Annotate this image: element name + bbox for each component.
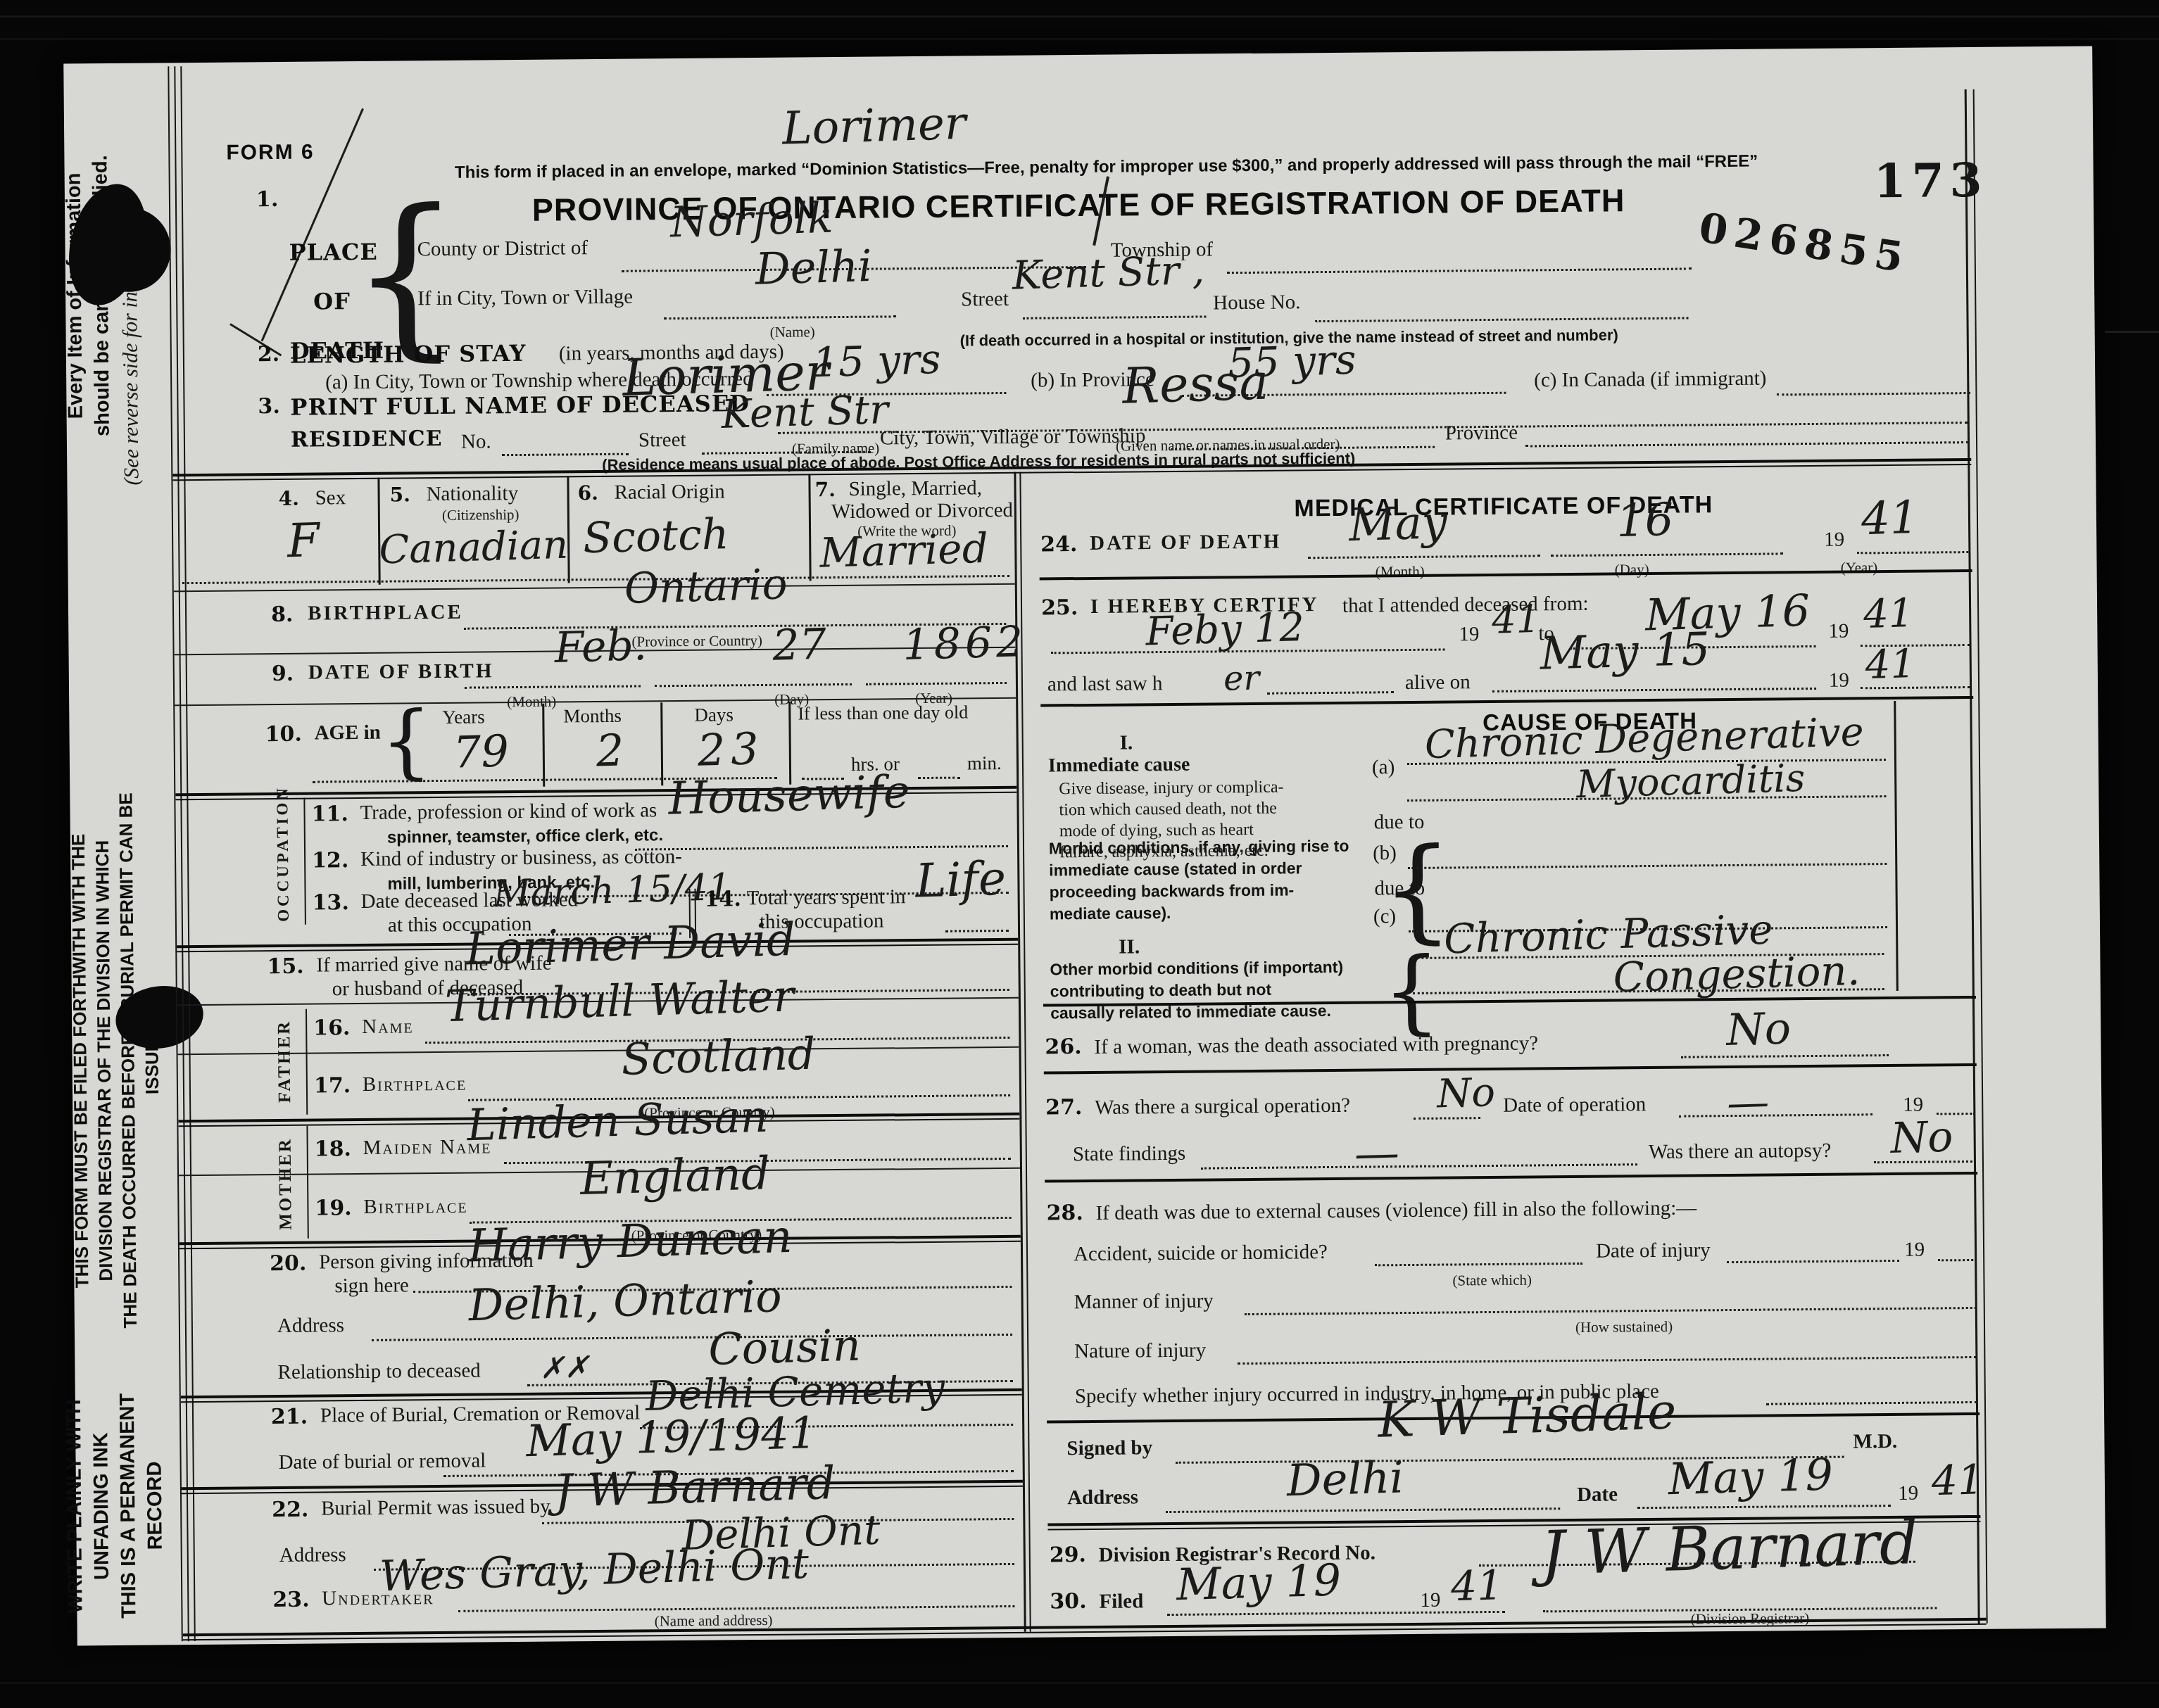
hw-from-year: 41 <box>1491 597 1541 643</box>
occupation-group-label: OCCUPATION <box>273 769 293 938</box>
row-rule <box>174 583 1015 592</box>
section-rule <box>1040 569 1972 581</box>
item28-label: If death was due to external causes (vio… <box>1095 1196 1697 1225</box>
hw-city: Delhi <box>755 240 873 295</box>
item28-number: 28. <box>1046 1201 1083 1225</box>
hw-death-day: 16 <box>1616 494 1675 548</box>
year-prefix: 19 <box>1828 620 1849 643</box>
item9-number: 9. <box>272 662 294 686</box>
fill-line <box>1308 555 1540 559</box>
father-group-label: FATHER <box>275 1001 295 1121</box>
year-prefix: 19 <box>1829 669 1849 692</box>
fill-line <box>1245 1307 1977 1315</box>
hw-given-name: Ressa <box>1121 353 1269 415</box>
form-border-right <box>1965 89 1980 1624</box>
fill-line <box>182 575 1009 584</box>
fill-line <box>1679 1113 1872 1117</box>
item17-label: Birthplace <box>363 1073 467 1096</box>
hw-last-alive: May 15 <box>1540 624 1711 681</box>
hw-birth-day: 27 <box>772 619 826 670</box>
item29-number: 29. <box>1050 1543 1087 1567</box>
item10-number: 10. <box>265 722 302 747</box>
signed-by-label: Signed by <box>1066 1436 1152 1460</box>
item7-label2: Widowed or Divorced <box>831 499 1013 524</box>
brace: { <box>1382 937 1441 1045</box>
years-label: Years <box>442 706 485 728</box>
year-prefix: 19 <box>1824 529 1844 552</box>
manner-label: Manner of injury <box>1074 1289 1214 1314</box>
item17-number: 17. <box>314 1073 351 1098</box>
hw-father-birthplace: Scotland <box>621 1027 817 1084</box>
fill-line <box>1874 1160 1976 1163</box>
hw-attended-from: Feby 12 <box>1145 605 1304 655</box>
hw-birthplace: Ontario <box>624 559 788 614</box>
hw-findings-dash: — <box>1354 1127 1400 1180</box>
hw-undertaker: Wes Gray, Delhi Ont <box>379 1539 810 1601</box>
hw-spouse-name: Lorimer David <box>465 914 796 976</box>
cause-box-border <box>1894 701 1899 991</box>
hw-informant-signature: Harry Duncan <box>467 1211 793 1273</box>
hw-to-year: 41 <box>1863 590 1914 638</box>
item21-number: 21. <box>271 1405 308 1429</box>
death-certificate-page: Every Item of Information should be care… <box>63 46 2106 1645</box>
item6-number: 6. <box>577 481 598 505</box>
item14-number: 14. <box>704 887 741 911</box>
item20-number: 20. <box>270 1251 307 1276</box>
residence-street-label: Street <box>638 429 686 453</box>
item5-sub: (Citizenship) <box>442 506 520 524</box>
row-rule <box>178 1046 1019 1055</box>
less-than-day-label: If less than one day old <box>798 702 968 724</box>
item30-number: 30. <box>1050 1589 1087 1614</box>
hw-signed-date: May 19 <box>1668 1448 1834 1505</box>
hw-pregnancy: No <box>1725 1002 1792 1056</box>
cause-b-label: (b) <box>1373 842 1397 865</box>
hw-age-years: 79 <box>453 725 510 778</box>
section-rule <box>1045 1172 1977 1183</box>
due-to-label: due to <box>1374 877 1425 901</box>
item18-number: 18. <box>315 1137 352 1161</box>
md-label: M.D. <box>1853 1430 1897 1454</box>
cause-a-label: (a) <box>1372 756 1395 779</box>
item4-number: 4. <box>279 487 300 510</box>
item12-label: Kind of industry or business, as cotton- <box>360 845 682 871</box>
item30-label: Filed <box>1099 1590 1143 1614</box>
fill-line <box>945 930 1009 932</box>
hw-mother-birthplace: England <box>579 1148 771 1206</box>
fill-line <box>664 315 896 320</box>
undertaker-sub: (Name and address) <box>654 1612 772 1630</box>
alive-on-label: alive on <box>1405 671 1471 695</box>
fill-line <box>1551 552 1783 557</box>
form-border-left <box>180 66 196 1641</box>
death-day-sub: (Day) <box>1614 561 1649 578</box>
min-label: min. <box>967 752 1002 774</box>
item26-label: If a woman, was the death associated wit… <box>1094 1032 1538 1059</box>
fill-line <box>465 685 641 688</box>
last-saw-label: and last saw h <box>1047 672 1163 696</box>
nature-label: Nature of injury <box>1074 1339 1206 1364</box>
signed-date-label: Date <box>1577 1483 1618 1507</box>
hw-signed-year: 41 <box>1931 1455 1984 1505</box>
item15-number: 15. <box>267 954 304 979</box>
hw-marital-status: Married <box>819 524 988 577</box>
margin-note-must-file: THIS FORM MUST BE FILED FORTHWITH WITH T… <box>65 768 166 1353</box>
days-label: Days <box>694 704 734 726</box>
hw-residence-street: Kent Str <box>721 387 889 438</box>
hw-operation: No <box>1436 1070 1496 1117</box>
cell-divider <box>808 474 811 581</box>
fill-line <box>1938 1259 1977 1261</box>
hw-filed-date: May 19 <box>1176 1554 1342 1610</box>
permit-address-label: Address <box>279 1543 346 1567</box>
fill-line <box>1777 392 1970 396</box>
item11-number: 11. <box>311 802 348 826</box>
hw-death-month: May <box>1348 497 1448 552</box>
hw-other-morbid-2: Congestion. <box>1613 947 1861 1001</box>
year-prefix: 19 <box>1898 1482 1918 1505</box>
cell-divider <box>542 704 545 787</box>
year-prefix: 19 <box>1904 1239 1925 1262</box>
hw-age-months: 2 <box>596 724 625 776</box>
fill-line <box>655 683 852 687</box>
item13-number: 13. <box>313 890 350 915</box>
hw-occupation: Housewife <box>667 766 910 825</box>
relationship-label: Relationship to deceased <box>277 1360 481 1385</box>
fill-line <box>1081 422 1968 431</box>
death-year-sub: (Year) <box>1840 559 1877 576</box>
county-label: County or District of <box>417 236 588 261</box>
roman-one: I. <box>1120 731 1133 754</box>
fill-line <box>1167 1611 1505 1616</box>
fill-line <box>372 1334 1012 1341</box>
fill-line <box>1525 441 1969 447</box>
item26-number: 26. <box>1045 1035 1082 1059</box>
group-bracket <box>303 798 306 925</box>
city-label: If in City, Town or Village <box>417 286 633 311</box>
hw-filed-year: 41 <box>1450 1561 1504 1610</box>
fill-line <box>1227 267 1692 274</box>
burial-date-label: Date of burial or removal <box>278 1449 486 1474</box>
fill-line <box>1492 688 1816 692</box>
hw-registrar-signature: J W Barnard <box>1540 1507 1919 1589</box>
item1-label: OF <box>313 288 351 315</box>
item27-label: Was there a surgical operation? <box>1095 1094 1350 1120</box>
state-findings-label: State findings <box>1073 1142 1186 1166</box>
item1-number: 1. <box>256 187 279 212</box>
item19-number: 19. <box>315 1196 352 1220</box>
other-morbid-note: Other morbid conditions (if important) c… <box>1050 956 1343 1025</box>
injury-date-label: Date of injury <box>1596 1239 1711 1263</box>
hw-informant-address: Delhi, Ontario <box>468 1270 783 1331</box>
item8-sub: (Province or Country) <box>631 632 762 651</box>
item22-label: Burial Permit was issued by <box>321 1495 550 1521</box>
fill-line <box>1267 691 1394 695</box>
residence-no-label: No. <box>461 430 491 453</box>
item11-label2: spinner, teamster, office clerk, etc. <box>387 825 663 847</box>
accident-sub: (State which) <box>1452 1271 1532 1289</box>
fill-line <box>1681 1054 1889 1058</box>
item6-label: Racial Origin <box>614 480 724 504</box>
item3-number: 3. <box>258 394 280 419</box>
hw-birth-year: 1862 <box>902 617 1028 670</box>
item16-number: 16. <box>313 1016 351 1040</box>
brace: { <box>380 694 432 789</box>
hw-mother-name: Linden Susan <box>466 1090 769 1151</box>
section-rule <box>1044 1063 1977 1075</box>
physician-address-label: Address <box>1067 1486 1138 1510</box>
hw-nationality: Canadian <box>378 522 569 574</box>
item19-label: Birthplace <box>363 1195 467 1219</box>
item7-number: 7. <box>814 478 836 501</box>
item4-label: Sex <box>315 486 346 510</box>
item7-label: Single, Married, <box>848 476 982 501</box>
hw-strike-marks: ✗✗ <box>539 1349 590 1385</box>
mother-group-label: MOTHER <box>275 1120 296 1247</box>
item9-label: DATE OF BIRTH <box>308 659 494 684</box>
item12-number: 12. <box>312 848 349 873</box>
hw-father-name: Turnbull Walter <box>444 970 795 1032</box>
hw-stay-city: 15 yrs <box>812 335 941 386</box>
fill-line <box>1766 1401 1977 1405</box>
street-label: Street <box>961 288 1009 312</box>
name-sub-label: (Name) <box>770 323 815 341</box>
hw-physician-address: Delhi <box>1286 1451 1404 1506</box>
margin-note-write-plainly: WRITE PLAINLY WITH UNFADING INK THIS IS … <box>60 1347 170 1664</box>
hw-death-year: 41 <box>1861 492 1920 545</box>
fill-line <box>458 1605 1014 1612</box>
item16-label: Name <box>362 1015 414 1039</box>
item10-label: AGE in <box>314 721 381 745</box>
item11-label: Trade, profession or kind of work as <box>360 799 657 825</box>
months-label: Months <box>563 705 622 728</box>
medical-certificate-title: MEDICAL CERTIFICATE OF DEATH <box>1039 489 1968 525</box>
year-prefix: 19 <box>1420 1589 1440 1612</box>
group-bracket <box>306 1126 308 1239</box>
year-prefix: 19 <box>1459 623 1479 646</box>
roman-two: II. <box>1119 935 1140 959</box>
scan-streak <box>2105 331 2159 333</box>
hw-age-days: 23 <box>697 723 765 776</box>
residence-city-label: City, Town, Village or Township <box>880 424 1146 450</box>
group-bracket <box>306 1009 308 1115</box>
item8-number: 8. <box>271 602 294 627</box>
hw-county: Norfolk <box>669 194 833 248</box>
item23-number: 23. <box>272 1588 310 1612</box>
item24-number: 24. <box>1040 532 1078 557</box>
hw-surname-annotation: Lorimer <box>781 98 967 156</box>
item5-number: 5. <box>389 483 410 506</box>
residence-province-label: Province <box>1445 422 1518 445</box>
operation-date-label: Date of operation <box>1503 1093 1646 1118</box>
hw-sex: F <box>287 513 320 568</box>
division-registrar-sub: (Division Registrar) <box>1691 1609 1810 1628</box>
hw-street: Kent Str , <box>1012 248 1205 299</box>
hw-years-occupation: Life <box>914 852 1007 909</box>
morbid-conditions-note: Morbid conditions, if any, giving rise t… <box>1049 835 1349 925</box>
fill-line <box>1315 317 1688 322</box>
form-border-right <box>1973 89 1988 1624</box>
hw-alive-year: 41 <box>1865 641 1916 688</box>
item25-label2: that I attended deceased from: <box>1342 593 1589 618</box>
hw-burial-date: May 19/1941 <box>525 1407 817 1467</box>
item8-label: BIRTHPLACE <box>308 601 463 626</box>
immediate-cause-label: Immediate cause <box>1048 754 1190 778</box>
fill-line <box>1238 1356 1977 1365</box>
fill-line <box>635 845 1008 851</box>
scan-streak <box>0 15 2159 18</box>
autopsy-label: Was there an autopsy? <box>1649 1139 1832 1164</box>
item24-label: DATE OF DEATH <box>1090 531 1281 555</box>
item2-number: 2. <box>258 342 280 367</box>
fill-line <box>1023 315 1206 319</box>
fill-line <box>1727 1260 1899 1263</box>
manner-sub: (How sustained) <box>1575 1318 1673 1336</box>
scan-streak <box>0 38 2159 40</box>
hw-autopsy: No <box>1890 1112 1954 1163</box>
film-frame-number: 173 <box>1873 153 1987 208</box>
fill-line <box>1637 1505 1891 1509</box>
item20-label2: sign here <box>334 1274 409 1298</box>
fill-line <box>1414 1117 1480 1120</box>
item25-number: 25. <box>1041 595 1078 620</box>
cell-divider <box>660 702 663 785</box>
hw-her: er <box>1223 658 1260 698</box>
residence-label: RESIDENCE <box>291 426 443 453</box>
item14-label: Total years spent in <box>746 885 905 910</box>
hw-dash: — <box>1726 1077 1767 1128</box>
death-month-sub: (Month) <box>1376 563 1425 581</box>
hw-birth-month: Feb. <box>553 621 647 673</box>
hw-racial-origin: Scotch <box>582 510 729 563</box>
stay-c-label: (c) In Canada (if immigrant) <box>1534 367 1766 393</box>
item2-label: LENGTH OF STAY <box>290 340 527 369</box>
fill-line <box>918 777 960 780</box>
fill-line <box>866 682 1007 685</box>
item5-label: Nationality <box>426 482 518 506</box>
fill-line <box>1408 863 1887 869</box>
hw-physician-signature: K W Tisdale <box>1377 1382 1677 1449</box>
item22-number: 22. <box>272 1498 309 1522</box>
scan-streak <box>0 1682 2159 1684</box>
section-rule <box>1040 696 1973 707</box>
fill-line <box>1166 1507 1560 1513</box>
form-number: FORM 6 <box>226 141 315 165</box>
item27-number: 27. <box>1045 1095 1083 1120</box>
informant-address-label: Address <box>277 1314 344 1338</box>
house-no-label: House No. <box>1213 291 1300 315</box>
accident-label: Accident, suicide or homicide? <box>1074 1241 1328 1266</box>
fill-line <box>1375 1263 1582 1267</box>
fill-line <box>1201 1163 1637 1169</box>
fill-line <box>1857 551 1968 554</box>
cause-c-label: (c) <box>1373 905 1396 928</box>
